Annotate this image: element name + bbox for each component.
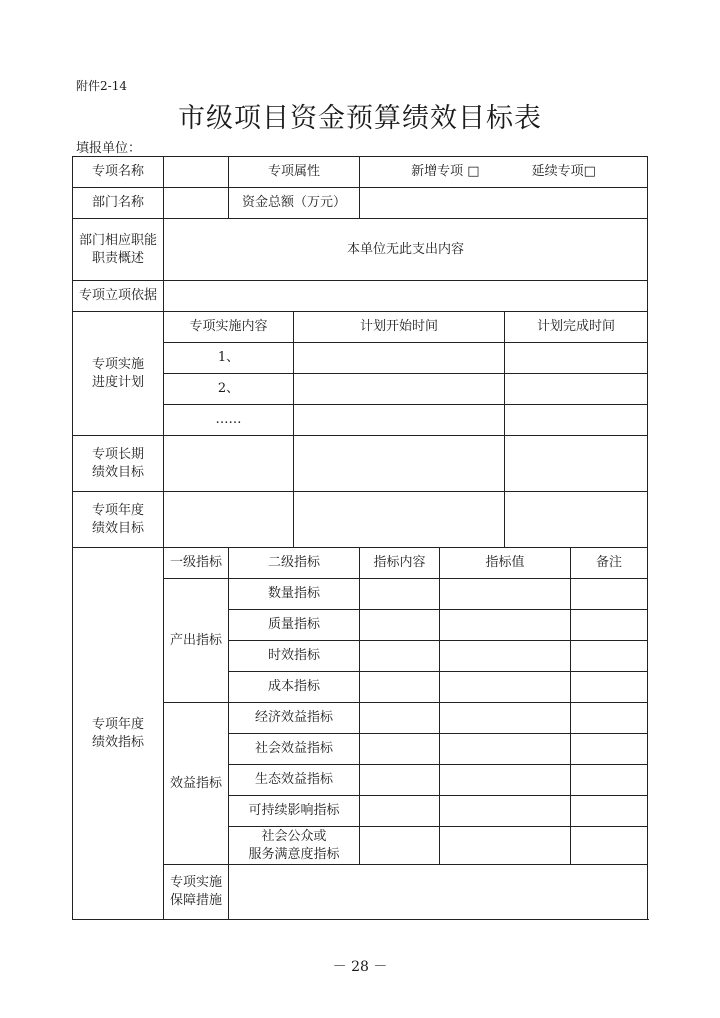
attachment-label: 附件2-14 <box>76 77 127 94</box>
schedule-header-row: 专项实施 进度计划 专项实施内容 计划开始时间 计划完成时间 <box>73 312 648 343</box>
duties-field[interactable]: 本单位无此支出内容 <box>164 219 648 281</box>
indicator-value-cell[interactable] <box>440 827 571 865</box>
indicator-value-cell[interactable] <box>440 796 571 827</box>
schedule-end-cell[interactable] <box>505 405 648 436</box>
row-basis: 专项立项依据 <box>73 281 648 312</box>
fill-unit-label: 填报单位： <box>76 137 141 156</box>
row-department: 部门名称 资金总额（万元） <box>73 188 648 219</box>
project-name-label: 专项名称 <box>73 157 164 188</box>
schedule-header-content: 专项实施内容 <box>164 312 294 343</box>
indicator-value-cell[interactable] <box>440 641 571 672</box>
header-level2: 二级指标 <box>229 548 360 579</box>
page-number: － 28 － <box>0 956 720 976</box>
page-title: 市级项目资金预算绩效目标表 <box>0 96 720 135</box>
project-attr-label: 专项属性 <box>229 157 360 188</box>
long-term-goal-label: 专项长期 绩效目标 <box>73 436 164 492</box>
schedule-start-cell[interactable] <box>294 405 505 436</box>
annual-goal-label: 专项年度 绩效目标 <box>73 492 164 548</box>
basis-label: 专项立项依据 <box>73 281 164 312</box>
indicator-content-cell[interactable] <box>360 765 440 796</box>
indicator-content-cell[interactable] <box>360 641 440 672</box>
indicator-remark-cell[interactable] <box>571 703 648 734</box>
header-level1: 一级指标 <box>164 548 229 579</box>
schedule-start-cell[interactable] <box>294 343 505 374</box>
indicator-content-cell[interactable] <box>360 734 440 765</box>
long-term-goal-cell[interactable] <box>164 436 294 492</box>
indicator-remark-cell[interactable] <box>571 827 648 865</box>
schedule-end-cell[interactable] <box>505 343 648 374</box>
schedule-header-end: 计划完成时间 <box>505 312 648 343</box>
annual-goal-row: 专项年度 绩效目标 <box>73 492 648 548</box>
benefit-indicator-label: 效益指标 <box>164 703 229 865</box>
indicator-value-cell[interactable] <box>440 734 571 765</box>
schedule-label: 专项实施 进度计划 <box>73 312 164 436</box>
guarantee-label: 专项实施 保障措施 <box>164 865 229 920</box>
dept-name-field[interactable] <box>164 188 229 219</box>
indicator-value-cell[interactable] <box>440 672 571 703</box>
continue-project-checkbox[interactable]: 延续专项□ <box>532 164 596 179</box>
indicator-remark-cell[interactable] <box>571 672 648 703</box>
indicator-remark-cell[interactable] <box>571 765 648 796</box>
indicator-content-cell[interactable] <box>360 672 440 703</box>
indicator-content-cell[interactable] <box>360 827 440 865</box>
schedule-content-cell[interactable]: …… <box>164 405 294 436</box>
level2-label: 经济效益指标 <box>229 703 360 734</box>
level2-label: 生态效益指标 <box>229 765 360 796</box>
guarantee-field[interactable] <box>229 865 648 920</box>
level2-label: 成本指标 <box>229 672 360 703</box>
output-indicator-label: 产出指标 <box>164 579 229 703</box>
level2-label: 可持续影响指标 <box>229 796 360 827</box>
header-remark: 备注 <box>571 548 648 579</box>
fund-total-label: 资金总额（万元） <box>229 188 360 219</box>
indicator-value-cell[interactable] <box>440 610 571 641</box>
duties-label: 部门相应职能 职责概述 <box>73 219 164 281</box>
schedule-content-cell[interactable]: 2、 <box>164 374 294 405</box>
annual-goal-cell[interactable] <box>164 492 294 548</box>
level2-label: 社会效益指标 <box>229 734 360 765</box>
schedule-start-cell[interactable] <box>294 374 505 405</box>
header-content: 指标内容 <box>360 548 440 579</box>
annual-goal-cell[interactable] <box>294 492 505 548</box>
indicator-content-cell[interactable] <box>360 703 440 734</box>
indicator-remark-cell[interactable] <box>571 734 648 765</box>
row-project-name: 专项名称 专项属性 新增专项 □ 延续专项□ <box>73 157 648 188</box>
row-duties: 部门相应职能 职责概述 本单位无此支出内容 <box>73 219 648 281</box>
indicator-remark-cell[interactable] <box>571 641 648 672</box>
project-name-field[interactable] <box>164 157 229 188</box>
indicator-value-cell[interactable] <box>440 765 571 796</box>
indicator-remark-cell[interactable] <box>571 796 648 827</box>
indicator-content-cell[interactable] <box>360 610 440 641</box>
indicator-value-cell[interactable] <box>440 579 571 610</box>
dept-name-label: 部门名称 <box>73 188 164 219</box>
annual-goal-cell[interactable] <box>505 492 648 548</box>
indicator-content-cell[interactable] <box>360 796 440 827</box>
indicator-remark-cell[interactable] <box>571 579 648 610</box>
level2-label: 社会公众或 服务满意度指标 <box>229 827 360 865</box>
basis-field[interactable] <box>164 281 648 312</box>
long-term-goal-cell[interactable] <box>505 436 648 492</box>
indicator-value-cell[interactable] <box>440 703 571 734</box>
level2-label: 质量指标 <box>229 610 360 641</box>
long-term-goal-row: 专项长期 绩效目标 <box>73 436 648 492</box>
level2-label: 时效指标 <box>229 641 360 672</box>
long-term-goal-cell[interactable] <box>294 436 505 492</box>
indicator-header-row: 专项年度 绩效指标 一级指标 二级指标 指标内容 指标值 备注 <box>73 548 648 579</box>
budget-performance-table: 专项名称 专项属性 新增专项 □ 延续专项□ 部门名称 资金总额（万元） 部门相… <box>72 156 648 920</box>
indicators-label: 专项年度 绩效指标 <box>73 548 164 920</box>
indicator-remark-cell[interactable] <box>571 610 648 641</box>
fund-total-field[interactable] <box>360 188 648 219</box>
schedule-end-cell[interactable] <box>505 374 648 405</box>
indicator-content-cell[interactable] <box>360 579 440 610</box>
project-attr-options: 新增专项 □ 延续专项□ <box>360 157 648 188</box>
level2-label: 数量指标 <box>229 579 360 610</box>
new-project-checkbox[interactable]: 新增专项 □ <box>411 164 479 179</box>
header-value: 指标值 <box>440 548 571 579</box>
schedule-content-cell[interactable]: 1、 <box>164 343 294 374</box>
schedule-header-start: 计划开始时间 <box>294 312 505 343</box>
